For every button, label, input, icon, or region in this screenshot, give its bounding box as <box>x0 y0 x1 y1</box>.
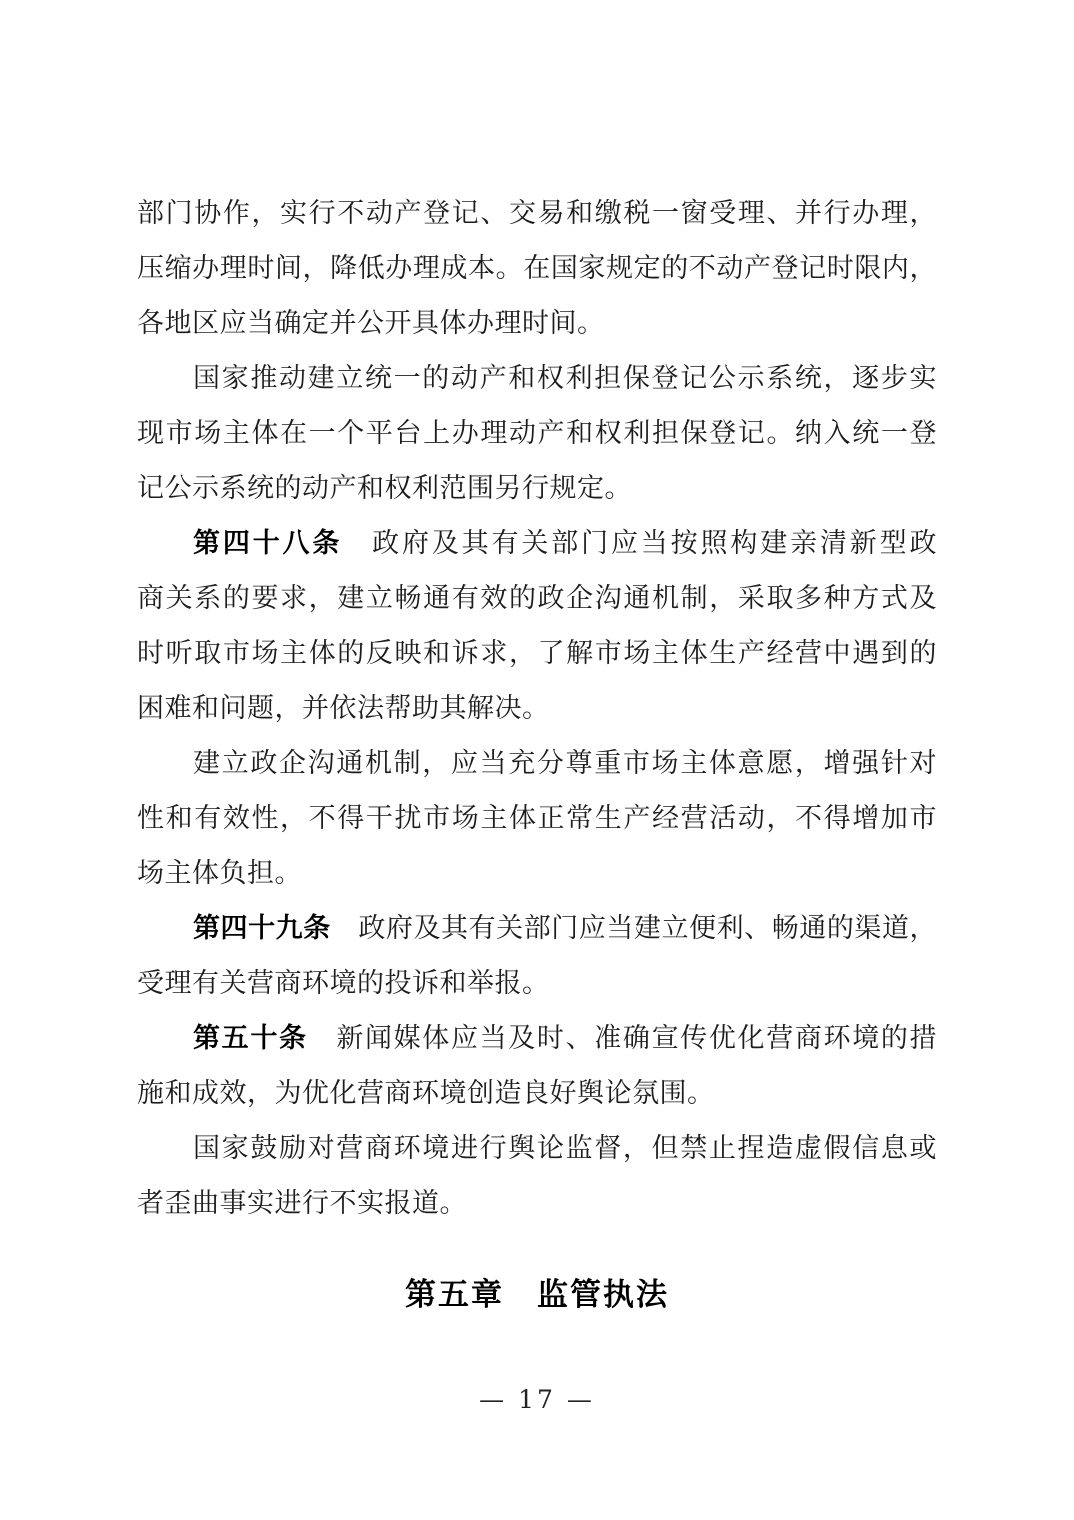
line-text: 施和成效，为优化营商环境创造良好舆论氛围。 <box>137 1078 715 1109</box>
document-page: 部门协作，实行不动产登记、交易和缴税一窗受理、并行办理， 压缩办理时间，降低办理… <box>0 0 1074 1520</box>
line-text: 新闻媒体应当及时、准确宣传优化营商环境的措 <box>336 1023 937 1054</box>
line-text: 者歪曲事实进行不实报道。 <box>137 1188 467 1219</box>
body-line: 时听取市场主体的反映和诉求，了解市场主体生产经营中遇到的 <box>137 626 937 681</box>
line-text: 政府及其有关部门应当建立便利、畅通的渠道， <box>358 913 937 944</box>
body-line: 商关系的要求，建立畅通有效的政企沟通机制，采取多种方式及 <box>137 571 937 626</box>
body-line: 场主体负担。 <box>137 846 937 901</box>
line-text: 记公示系统的动产和权利范围另行规定。 <box>137 473 632 504</box>
body-line: 者歪曲事实进行不实报道。 <box>137 1176 937 1231</box>
line-text: 受理有关营商环境的投诉和举报。 <box>137 968 550 999</box>
line-text: 国家推动建立统一的动产和权利担保登记公示系统，逐步实 <box>193 363 937 394</box>
body-line: 第四十八条 政府及其有关部门应当按照构建亲清新型政 <box>137 516 937 571</box>
body-line: 建立政企沟通机制，应当充分尊重市场主体意愿，增强针对 <box>137 736 937 791</box>
line-text: 部门协作，实行不动产登记、交易和缴税一窗受理、并行办理， <box>137 198 937 229</box>
line-text: 政府及其有关部门应当按照构建亲清新型政 <box>372 528 937 559</box>
line-text: 商关系的要求，建立畅通有效的政企沟通机制，采取多种方式及 <box>137 583 937 614</box>
line-text: 困难和问题，并依法帮助其解决。 <box>137 693 550 724</box>
article-number: 第四十九条 <box>193 913 358 944</box>
article-number: 第五十条 <box>193 1023 336 1054</box>
line-text: 各地区应当确定并公开具体办理时间。 <box>137 308 605 339</box>
line-text: 时听取市场主体的反映和诉求，了解市场主体生产经营中遇到的 <box>137 638 937 669</box>
line-text: 国家鼓励对营商环境进行舆论监督，但禁止捏造虚假信息或 <box>193 1133 937 1164</box>
body-line: 部门协作，实行不动产登记、交易和缴税一窗受理、并行办理， <box>137 186 937 241</box>
body-line: 各地区应当确定并公开具体办理时间。 <box>137 296 937 351</box>
body-line: 施和成效，为优化营商环境创造良好舆论氛围。 <box>137 1066 937 1121</box>
article-number: 第四十八条 <box>193 528 372 559</box>
body-line: 国家鼓励对营商环境进行舆论监督，但禁止捏造虚假信息或 <box>137 1121 937 1176</box>
text-block: 部门协作，实行不动产登记、交易和缴税一窗受理、并行办理， 压缩办理时间，降低办理… <box>137 186 937 1231</box>
line-text: 建立政企沟通机制，应当充分尊重市场主体意愿，增强针对 <box>193 748 937 779</box>
body-line: 第五十条 新闻媒体应当及时、准确宣传优化营商环境的措 <box>137 1011 937 1066</box>
body-line: 第四十九条 政府及其有关部门应当建立便利、畅通的渠道， <box>137 901 937 956</box>
line-text: 性和有效性，不得干扰市场主体正常生产经营活动，不得增加市 <box>137 803 937 834</box>
body-line: 受理有关营商环境的投诉和举报。 <box>137 956 937 1011</box>
body-line: 压缩办理时间，降低办理成本。在国家规定的不动产登记时限内， <box>137 241 937 296</box>
page-number: — 17 — <box>0 1385 1074 1414</box>
body-line: 记公示系统的动产和权利范围另行规定。 <box>137 461 937 516</box>
body-line: 困难和问题，并依法帮助其解决。 <box>137 681 937 736</box>
chapter-heading: 第五章 监管执法 <box>0 1268 1074 1323</box>
body-line: 国家推动建立统一的动产和权利担保登记公示系统，逐步实 <box>137 351 937 406</box>
line-text: 现市场主体在一个平台上办理动产和权利担保登记。纳入统一登 <box>137 418 937 449</box>
body-line: 现市场主体在一个平台上办理动产和权利担保登记。纳入统一登 <box>137 406 937 461</box>
line-text: 场主体负担。 <box>137 858 302 889</box>
line-text: 压缩办理时间，降低办理成本。在国家规定的不动产登记时限内， <box>137 253 937 284</box>
body-line: 性和有效性，不得干扰市场主体正常生产经营活动，不得增加市 <box>137 791 937 846</box>
